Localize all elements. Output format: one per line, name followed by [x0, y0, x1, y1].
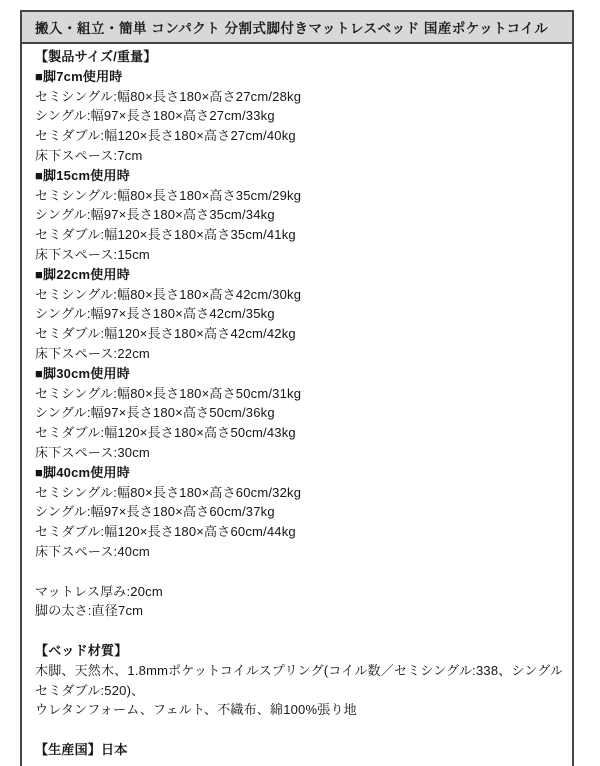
- spec-line-semisingle: セミシングル:幅80×長さ180×高さ27cm/28kg: [35, 87, 562, 107]
- mattress-thickness-line: マットレス厚み:20cm: [35, 582, 562, 602]
- spec-content: 【製品サイズ/重量】 ■脚7cm使用時 セミシングル:幅80×長さ180×高さ2…: [20, 44, 574, 766]
- spec-line-semisingle: セミシングル:幅80×長さ180×高さ50cm/31kg: [35, 384, 562, 404]
- spec-line-semidouble: セミダブル:幅120×長さ180×高さ60cm/44kg: [35, 522, 562, 542]
- blank-line: [35, 621, 562, 641]
- blank-line: [35, 562, 562, 582]
- material-line: ウレタンフォーム、フェルト、不織布、綿100%張り地: [35, 700, 562, 720]
- leg-height-heading-22cm: ■脚22cm使用時: [35, 265, 562, 285]
- leg-height-heading-7cm: ■脚7cm使用時: [35, 67, 562, 87]
- spec-line-clearance: 床下スペース:30cm: [35, 443, 562, 463]
- section-title-size-weight: 【製品サイズ/重量】: [35, 47, 562, 67]
- section-title-material: 【ベッド材質】: [35, 641, 562, 661]
- blank-line: [35, 720, 562, 740]
- leg-diameter-line: 脚の太さ:直径7cm: [35, 601, 562, 621]
- spec-line-single: シングル:幅97×長さ180×高さ27cm/33kg: [35, 106, 562, 126]
- spec-line-single: シングル:幅97×長さ180×高さ35cm/34kg: [35, 205, 562, 225]
- spec-line-single: シングル:幅97×長さ180×高さ60cm/37kg: [35, 502, 562, 522]
- spec-line-semidouble: セミダブル:幅120×長さ180×高さ50cm/43kg: [35, 423, 562, 443]
- spec-line-clearance: 床下スペース:7cm: [35, 146, 562, 166]
- spec-line-single: シングル:幅97×長さ180×高さ50cm/36kg: [35, 403, 562, 423]
- leg-height-heading-15cm: ■脚15cm使用時: [35, 166, 562, 186]
- spec-line-clearance: 床下スペース:22cm: [35, 344, 562, 364]
- material-line: セミダブル:520)、: [35, 681, 562, 701]
- origin-line: 【生産国】日本: [35, 740, 562, 760]
- material-line: 木脚、天然木、1.8mmポケットコイルスプリング(コイル数／セミシングル:338…: [35, 661, 562, 681]
- product-spec-panel: 搬入・組立・簡単 コンパクト 分割式脚付きマットレスベッド 国産ポケットコイル …: [20, 10, 574, 766]
- product-title-bar: 搬入・組立・簡単 コンパクト 分割式脚付きマットレスベッド 国産ポケットコイル: [20, 10, 574, 44]
- spec-line-single: シングル:幅97×長さ180×高さ42cm/35kg: [35, 304, 562, 324]
- spec-line-semidouble: セミダブル:幅120×長さ180×高さ27cm/40kg: [35, 126, 562, 146]
- leg-height-heading-30cm: ■脚30cm使用時: [35, 364, 562, 384]
- spec-line-clearance: 床下スペース:15cm: [35, 245, 562, 265]
- product-title: 搬入・組立・簡単 コンパクト 分割式脚付きマットレスベッド 国産ポケットコイル: [35, 17, 548, 37]
- spec-line-clearance: 床下スペース:40cm: [35, 542, 562, 562]
- spec-line-semidouble: セミダブル:幅120×長さ180×高さ35cm/41kg: [35, 225, 562, 245]
- spec-line-semisingle: セミシングル:幅80×長さ180×高さ42cm/30kg: [35, 285, 562, 305]
- leg-height-heading-40cm: ■脚40cm使用時: [35, 463, 562, 483]
- spec-line-semisingle: セミシングル:幅80×長さ180×高さ60cm/32kg: [35, 483, 562, 503]
- spec-line-semisingle: セミシングル:幅80×長さ180×高さ35cm/29kg: [35, 186, 562, 206]
- spec-line-semidouble: セミダブル:幅120×長さ180×高さ42cm/42kg: [35, 324, 562, 344]
